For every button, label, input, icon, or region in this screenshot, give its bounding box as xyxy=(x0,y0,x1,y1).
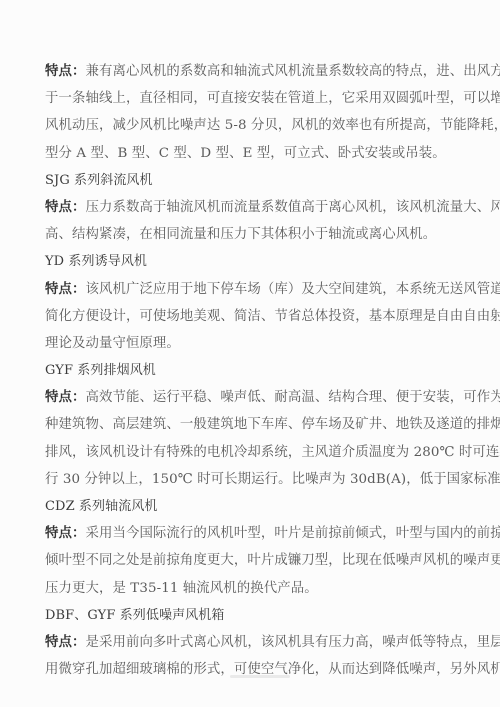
paragraph-line: 行 30 分钟以上，150℃ 时可长期运行。比噪声为 30dB(A)，低于国家标… xyxy=(45,466,457,493)
paragraph-line: 简化方便设计，可使场地美观、简洁、节省总体投资，基本原理是自由自由射流 xyxy=(45,303,457,330)
section-heading-yd: YD 系列诱导风机 xyxy=(45,248,457,275)
paragraph-line: 特点：该风机广泛应用于地下停车场（库）及大空间建筑，本系统无送风管道， xyxy=(45,276,457,303)
paragraph-line: 压力更大，是 T35-11 轴流风机的换代产品。 xyxy=(45,575,457,602)
section-heading-cdz: CDZ 系列轴流风机 xyxy=(45,493,457,520)
feature-label: 特点： xyxy=(45,281,85,297)
paragraph-line: 高、结构紧凑，在相同流量和压力下其体积小于轴流或离心风机。 xyxy=(45,221,457,248)
paragraph-line: 种建筑物、高层建筑、一般建筑地下车库、停车场及矿井、地铁及遂道的排烟和 xyxy=(45,411,457,438)
paragraph-line: 型分 A 型、B 型、C 型、D 型、E 型，可立式、卧式安装或吊装。 xyxy=(45,140,457,167)
paragraph-line: 特点：压力系数高于轴流风机而流量系数值高于离心风机，该风机流量大、风压 xyxy=(45,194,457,221)
scan-artifact xyxy=(230,675,290,678)
paragraph-line: 特点：高效节能、运行平稳、噪声低、耐高温、结构合理、便于安装，可作为各 xyxy=(45,384,457,411)
paragraph-line: 倾叶型不同之处是前掠角度更大，叶片成镰刀型，比现在低噪声风机的噪声更小， xyxy=(45,547,457,574)
paragraph-line: 用微穿孔加超细玻璃棉的形式，可使空气净化，从而达到降低噪声，另外风机与 xyxy=(45,656,457,683)
paragraph-line: 特点：是采用前向多叶式离心风机，该风机具有压力高，噪声低等特点，里层采 xyxy=(45,629,457,656)
feature-label: 特点： xyxy=(45,634,85,650)
section-heading-sjg: SJG 系列斜流风机 xyxy=(45,167,457,194)
paragraph-line: 理论及动量守恒原理。 xyxy=(45,330,457,357)
section-heading-gyf: GYF 系列排烟风机 xyxy=(45,357,457,384)
section-heading-dbf-gyf: DBF、GYF 系列低噪声风机箱 xyxy=(45,602,457,629)
paragraph-line: 特点：采用当今国际流行的风机叶型，叶片是前掠前倾式，叶型与国内的前掠前 xyxy=(45,520,457,547)
feature-label: 特点： xyxy=(45,389,85,405)
feature-label: 特点： xyxy=(45,525,85,541)
paragraph-line: 于一条轴线上，直径相同，可直接安装在管道上，它采用双圆弧叶型，可以增加 xyxy=(45,85,457,112)
feature-label: 特点： xyxy=(45,199,85,215)
feature-label: 特点： xyxy=(45,63,85,79)
document-page: 特点：兼有离心风机的系数高和轴流式风机流量系数较高的特点，进、出风方向 于一条轴… xyxy=(45,58,457,683)
paragraph-line: 特点：兼有离心风机的系数高和轴流式风机流量系数较高的特点，进、出风方向 xyxy=(45,58,457,85)
paragraph-line: 排风，该风机设计有特殊的电机冷却系统，主风道介质温度为 280℃ 时可连续运 xyxy=(45,439,457,466)
paragraph-line: 风机动压，减少风机比噪声达 5-8 分贝，风机的效率也有所提高，节能降耗，叶 xyxy=(45,112,457,139)
